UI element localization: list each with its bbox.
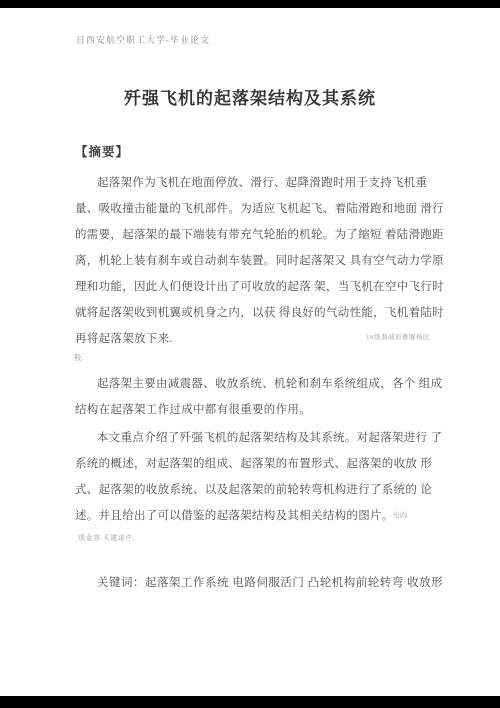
paragraph-line: 量、吸收撞击能量的飞机部件。为适应飞机起飞、着陆滑跑和地面 滑行 xyxy=(75,196,447,222)
paragraph-line: 起落架主要由减震器、收放系统、机轮和刹车系统组成，各个 组成 xyxy=(75,371,447,397)
page-header-text: 日西安航空职工大学-毕业论文 xyxy=(76,33,210,46)
paragraph-line: 理和功能，因此人们便设计出了可收放的起落 架，当飞机在空中飞行时 xyxy=(75,274,447,300)
stray-annotation: 项金容 买建诺许. xyxy=(78,533,135,543)
stray-character: 般. xyxy=(74,352,83,363)
abstract-label: 【摘要】 xyxy=(75,142,129,160)
paragraph-line: 本文重点介绍了歼强飞机的起落架结构及其系统。对起落架进行 了 xyxy=(75,425,447,451)
paragraph-line: 就将起落架收到机翼或机身之内，以获 得良好的气动性能，飞机着陆时 xyxy=(75,300,447,326)
paragraph-line: 的需要，起落架的最下端装有带充气轮胎的机轮。为了缩短 着陆滑跑距 xyxy=(75,222,447,248)
bottom-letterbox-bar xyxy=(0,696,500,708)
paragraph-line: 式、起落架的收放系统、以及起落架的前轮转弯机构进行了系统的 论 xyxy=(75,477,447,503)
paragraph-line: 起落架作为飞机在地面停放、滑行、起降滑跑时用于支持飞机重 xyxy=(75,170,447,196)
keywords-line: 关键词：起落架工作系统 电路伺服活门 凸轮机构前轮转弯 收放形 xyxy=(97,574,443,590)
paragraph-line: 离，机轮上装有刹车或自动刹车装置。同时起落架又 具有空气动力学原 xyxy=(75,248,447,274)
margin-annotation: 电|沟 xyxy=(393,510,407,519)
abstract-paragraph-2: 起落架主要由减震器、收放系统、机轮和刹车系统组成，各个 组成 结构在起落架工作过… xyxy=(75,371,447,423)
abstract-paragraph-1: 起落架作为飞机在地面停放、滑行、起降滑跑时用于支持飞机重 量、吸收撞击能量的飞机… xyxy=(75,170,447,352)
margin-annotation: 1S级刹减彩雅脲杨区 xyxy=(366,332,430,341)
paragraph-line: 系统的概述，对起落架的组成、起落架的布置形式、起落架的收放 形 xyxy=(75,451,447,477)
abstract-paragraph-3: 本文重点介绍了歼强飞机的起落架结构及其系统。对起落架进行 了 系统的概述，对起落… xyxy=(75,425,447,529)
paragraph-line: 述。并且给出了可以借鉴的起落架结构及其相关结构的图片。 xyxy=(75,503,447,529)
paragraph-line: 结构在起落架工作过成中都有很重要的作用。 xyxy=(75,397,447,423)
top-letterbox-bar xyxy=(0,0,500,8)
document-page: 日西安航空职工大学-毕业论文 歼强飞机的起落架结构及其系统 【摘要】 起落架作为… xyxy=(0,0,500,708)
document-title: 歼强飞机的起落架结构及其系统 xyxy=(0,84,500,109)
